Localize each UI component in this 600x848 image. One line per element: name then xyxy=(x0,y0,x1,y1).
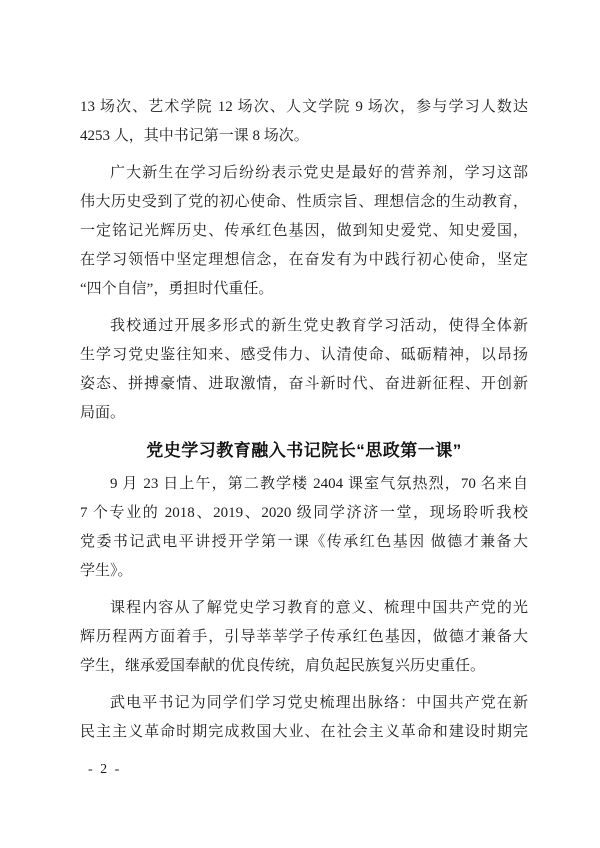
text-line: “四个自信”，勇担时代重任。 xyxy=(80,275,528,304)
section-heading: 党史学习教育融入书记院长“思政第一课” xyxy=(80,436,528,465)
text-line: 一定铭记光辉历史、传承红色基因，做到知史爱党、知史爱国， xyxy=(80,217,528,246)
paragraph-first-lesson: 9 月 23 日上午，第二教学楼 2404 课室气氛热烈，70 名来自 7 个专… xyxy=(80,470,528,586)
text-line: 学生》。 xyxy=(80,557,528,586)
page-footer: - 2 - xyxy=(88,760,121,780)
text-line: 局面。 xyxy=(80,399,528,428)
text-line: 武电平书记为同学们学习党史梳理出脉络：中国共产党在新 xyxy=(80,689,528,718)
paragraph-continuation: 13 场次、艺术学院 12 场次、人文学院 9 场次，参与学习人数达 4253 … xyxy=(80,93,528,151)
text-line: 13 场次、艺术学院 12 场次、人文学院 9 场次，参与学习人数达 xyxy=(80,93,528,122)
text-line: 党委书记武电平讲授开学第一课《传承红色基因 做德才兼备大 xyxy=(80,528,528,557)
text-line: 辉历程两方面着手，引导莘莘学子传承红色基因，做德才兼备大 xyxy=(80,623,528,652)
text-line: 4253 人，其中书记第一课 8 场次。 xyxy=(80,122,528,151)
page-number: - 2 - xyxy=(88,762,121,777)
text-line: 民主主义革命时期完成救国大业、在社会主义革命和建设时期完 xyxy=(80,718,528,747)
text-line: 广大新生在学习后纷纷表示党史是最好的营养剂，学习这部 xyxy=(80,159,528,188)
text-line: 课程内容从了解党史学习教育的意义、梳理中国共产党的光 xyxy=(80,594,528,623)
paragraph-secretary-outline: 武电平书记为同学们学习党史梳理出脉络：中国共产党在新 民主主义革命时期完成救国大… xyxy=(80,689,528,747)
text-line: 9 月 23 日上午，第二教学楼 2404 课室气氛热烈，70 名来自 xyxy=(80,470,528,499)
paragraph-school-activities: 我校通过开展多形式的新生党史教育学习活动，使得全体新 生学习党史鉴往知来、感受伟… xyxy=(80,312,528,428)
text-line: 姿态、拼搏豪情、进取激情，奋斗新时代、奋进新征程、开创新 xyxy=(80,370,528,399)
text-line: 在学习领悟中坚定理想信念，在奋发有为中践行初心使命，坚定 xyxy=(80,246,528,275)
text-line: 学生，继承爱国奉献的优良传统，肩负起民族复兴历史重任。 xyxy=(80,652,528,681)
page-body: 13 场次、艺术学院 12 场次、人文学院 9 场次，参与学习人数达 4253 … xyxy=(80,93,528,755)
document-page: 13 场次、艺术学院 12 场次、人文学院 9 场次，参与学习人数达 4253 … xyxy=(0,0,600,848)
text-line: 生学习党史鉴往知来、感受伟力、认清使命、砥砺精神，以昂扬 xyxy=(80,341,528,370)
paragraph-new-students-feedback: 广大新生在学习后纷纷表示党史是最好的营养剂，学习这部 伟大历史受到了党的初心使命… xyxy=(80,159,528,304)
paragraph-course-content: 课程内容从了解党史学习教育的意义、梳理中国共产党的光 辉历程两方面着手，引导莘莘… xyxy=(80,594,528,681)
text-line: 我校通过开展多形式的新生党史教育学习活动，使得全体新 xyxy=(80,312,528,341)
text-line: 7 个专业的 2018、2019、2020 级同学济济一堂，现场聆听我校 xyxy=(80,499,528,528)
text-line: 伟大历史受到了党的初心使命、性质宗旨、理想信念的生动教育， xyxy=(80,188,528,217)
